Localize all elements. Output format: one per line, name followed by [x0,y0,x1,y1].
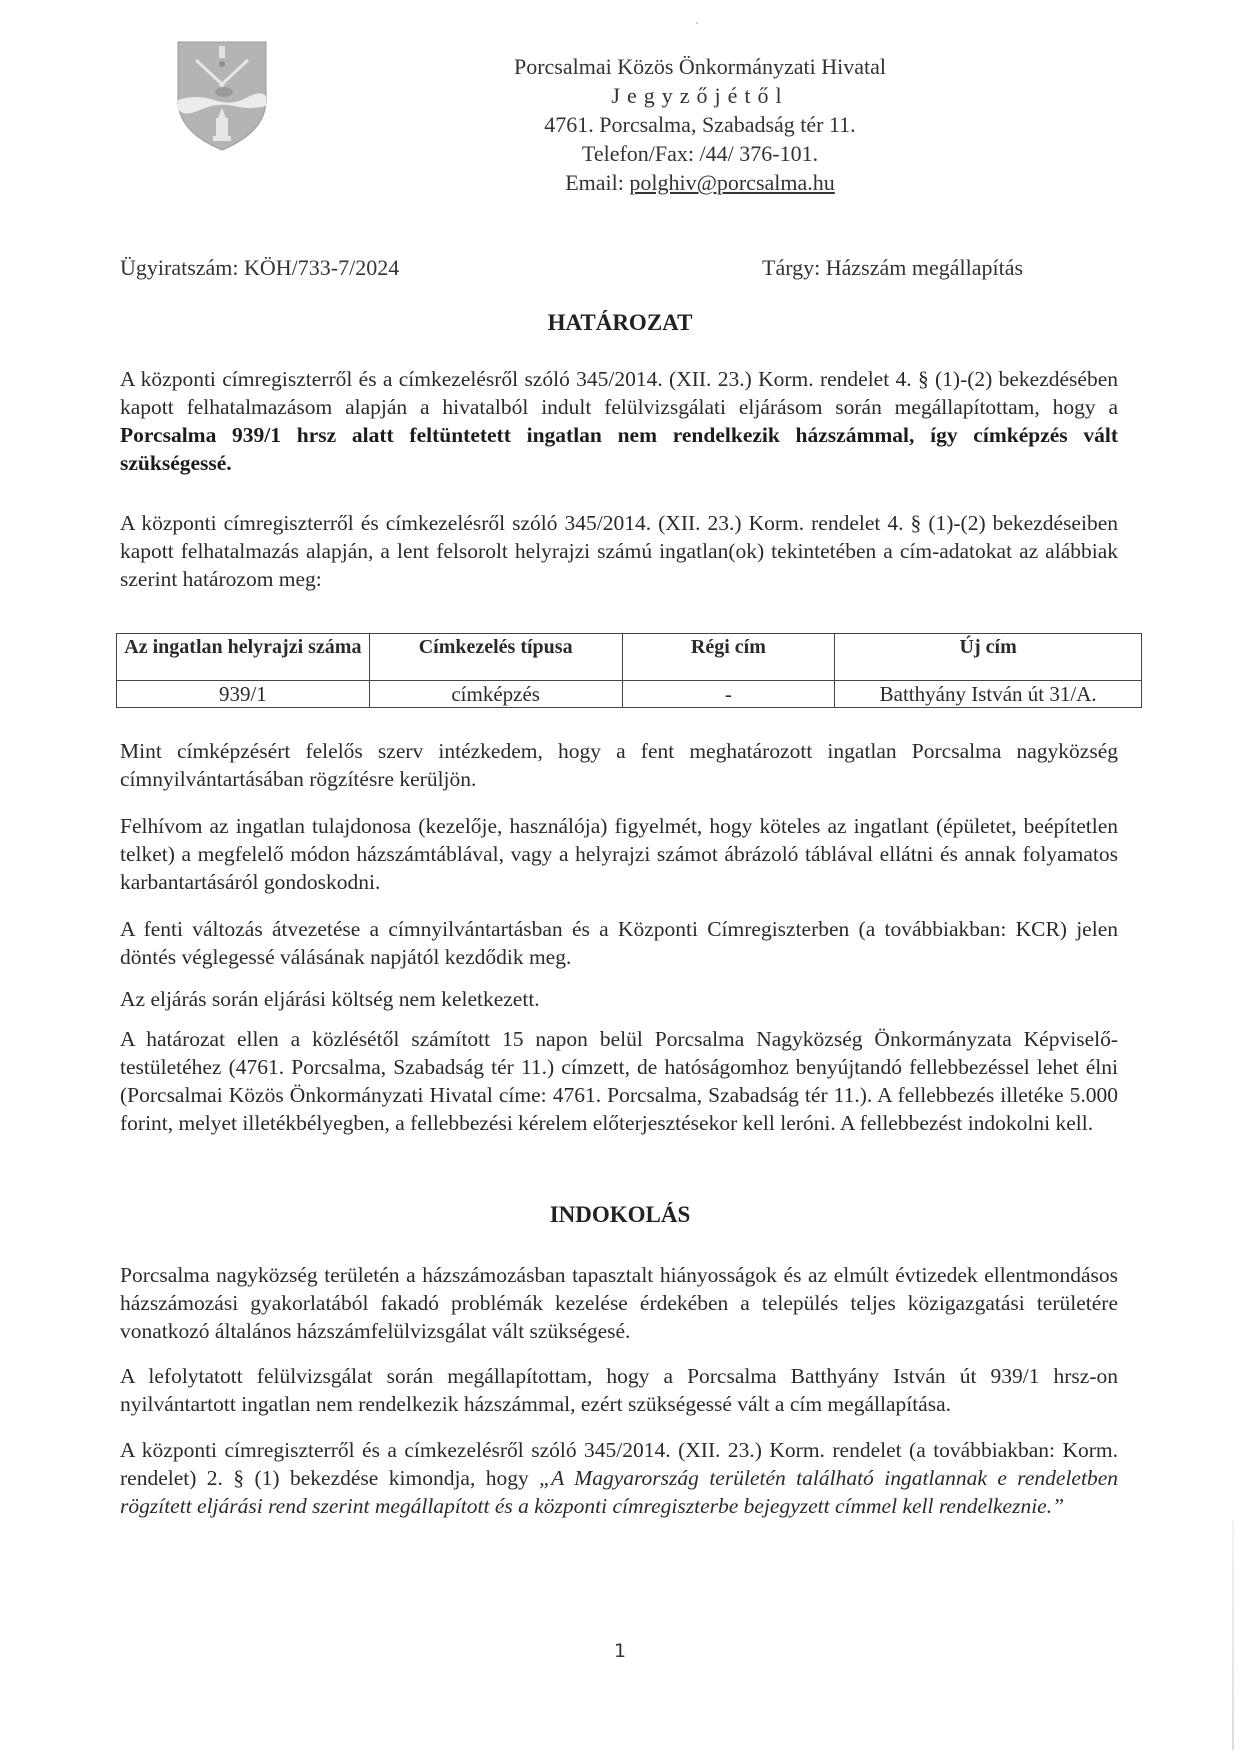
justification-title: INDOKOLÁS [0,1202,1240,1228]
cell-new-address: Batthyány István út 31/A. [835,681,1142,708]
justification-paragraph-legal-basis: A központi címregiszterről és a címkezel… [120,1436,1118,1520]
table-row: 939/1 címképzés - Batthyány István út 31… [117,681,1142,708]
decision-title: HATÁROZAT [0,310,1240,336]
document-page: Porcsalmai Közös Önkormányzati Hivatal J… [0,0,1240,1753]
scan-speck [696,22,698,24]
decision-paragraph-kcr: A fenti változás átvezetése a címnyilván… [120,915,1118,971]
office-address: 4761. Porcsalma, Szabadság tér 11. [400,110,1000,139]
justification-paragraph-finding: A lefolytatott felülvizsgálat során megá… [120,1362,1118,1418]
office-phone: Telefon/Fax: /44/ 376-101. [400,139,1000,168]
decision-intro-bold: Porcsalma 939/1 hrsz alatt feltüntetett … [120,423,1118,475]
decision-paragraph-appeal: A határozat ellen a közlésétől számított… [120,1025,1118,1137]
decision-paragraph-registration: Mint címképzésért felelős szerv intézked… [120,737,1118,793]
table-header-row: Az ingatlan helyrajzi száma Címkezelés t… [117,634,1142,681]
case-number: Ügyiratszám: KÖH/733-7/2024 [120,255,399,281]
decision-paragraph-costs: Az eljárás során eljárási költség nem ke… [120,985,1118,1013]
authority-paragraph: A központi címregiszterről és címkezelés… [120,509,1118,593]
column-header-old-address: Régi cím [622,634,835,681]
column-header-parcel: Az ingatlan helyrajzi száma [117,634,370,681]
decision-intro-text: A központi címregiszterről és a címkezel… [120,367,1118,419]
from-line: Jegyzőjétől [400,81,1000,110]
column-header-new-address: Új cím [835,634,1142,681]
coat-of-arms-icon [176,40,268,152]
cell-type: címképzés [369,681,622,708]
page-number: 1 [0,1640,1240,1662]
letterhead: Porcsalmai Közös Önkormányzati Hivatal J… [400,52,1000,197]
scan-edge [1232,1520,1234,1750]
email-label: Email: [565,170,629,195]
cell-parcel: 939/1 [117,681,370,708]
justification-paragraph-background: Porcsalma nagyközség területén a házszám… [120,1261,1118,1345]
column-header-type: Címkezelés típusa [369,634,622,681]
email-link[interactable]: polghiv@porcsalma.hu [629,170,834,195]
decision-paragraph-owner-notice: Felhívom az ingatlan tulajdonosa (kezelő… [120,812,1118,896]
office-email-line: Email: polghiv@porcsalma.hu [400,168,1000,197]
address-table: Az ingatlan helyrajzi száma Címkezelés t… [116,633,1142,708]
decision-intro: A központi címregiszterről és a címkezel… [120,365,1118,477]
office-name: Porcsalmai Közös Önkormányzati Hivatal [400,52,1000,81]
subject: Tárgy: Házszám megállapítás [762,255,1023,281]
cell-old-address: - [622,681,835,708]
